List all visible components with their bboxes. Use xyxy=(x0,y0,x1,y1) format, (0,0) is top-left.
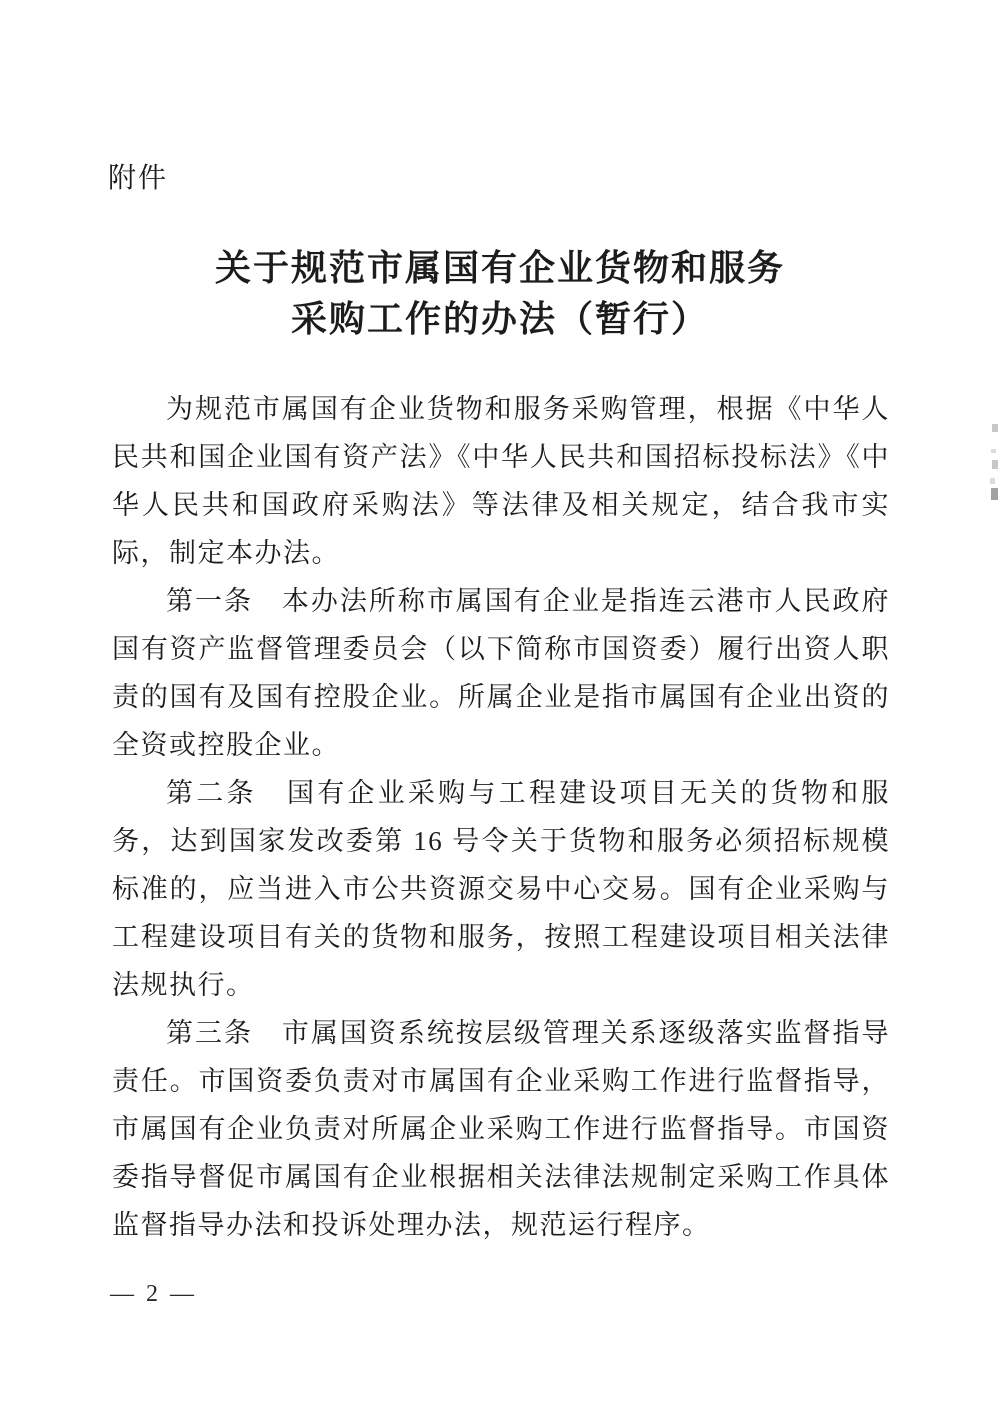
page-number: — 2 — xyxy=(110,1280,197,1308)
scan-artifact xyxy=(991,488,998,500)
scan-artifact xyxy=(990,478,995,484)
document-body: 为规范市属国有企业货物和服务采购管理，根据《中华人民共和国企业国有资产法》《中华… xyxy=(112,385,890,1249)
title-line-2: 采购工作的办法（暂行） xyxy=(0,294,1000,345)
body-paragraph-article-2: 第二条 国有企业采购与工程建设项目无关的货物和服务，达到国家发改委第 16 号令… xyxy=(112,769,890,1009)
scan-artifact xyxy=(992,424,998,432)
scan-artifact xyxy=(991,449,996,453)
body-paragraph-intro: 为规范市属国有企业货物和服务采购管理，根据《中华人民共和国企业国有资产法》《中华… xyxy=(112,385,890,577)
scan-artifact xyxy=(992,460,998,469)
body-paragraph-article-1: 第一条 本办法所称市属国有企业是指连云港市人民政府国有资产监督管理委员会（以下简… xyxy=(112,577,890,769)
document-title: 关于规范市属国有企业货物和服务 采购工作的办法（暂行） xyxy=(0,243,1000,345)
title-line-1: 关于规范市属国有企业货物和服务 xyxy=(0,243,1000,294)
attachment-label: 附件 xyxy=(108,162,168,196)
document-page: 附件 关于规范市属国有企业货物和服务 采购工作的办法（暂行） 为规范市属国有企业… xyxy=(0,0,1000,1415)
body-paragraph-article-3: 第三条 市属国资系统按层级管理关系逐级落实监督指导责任。市国资委负责对市属国有企… xyxy=(112,1009,890,1249)
